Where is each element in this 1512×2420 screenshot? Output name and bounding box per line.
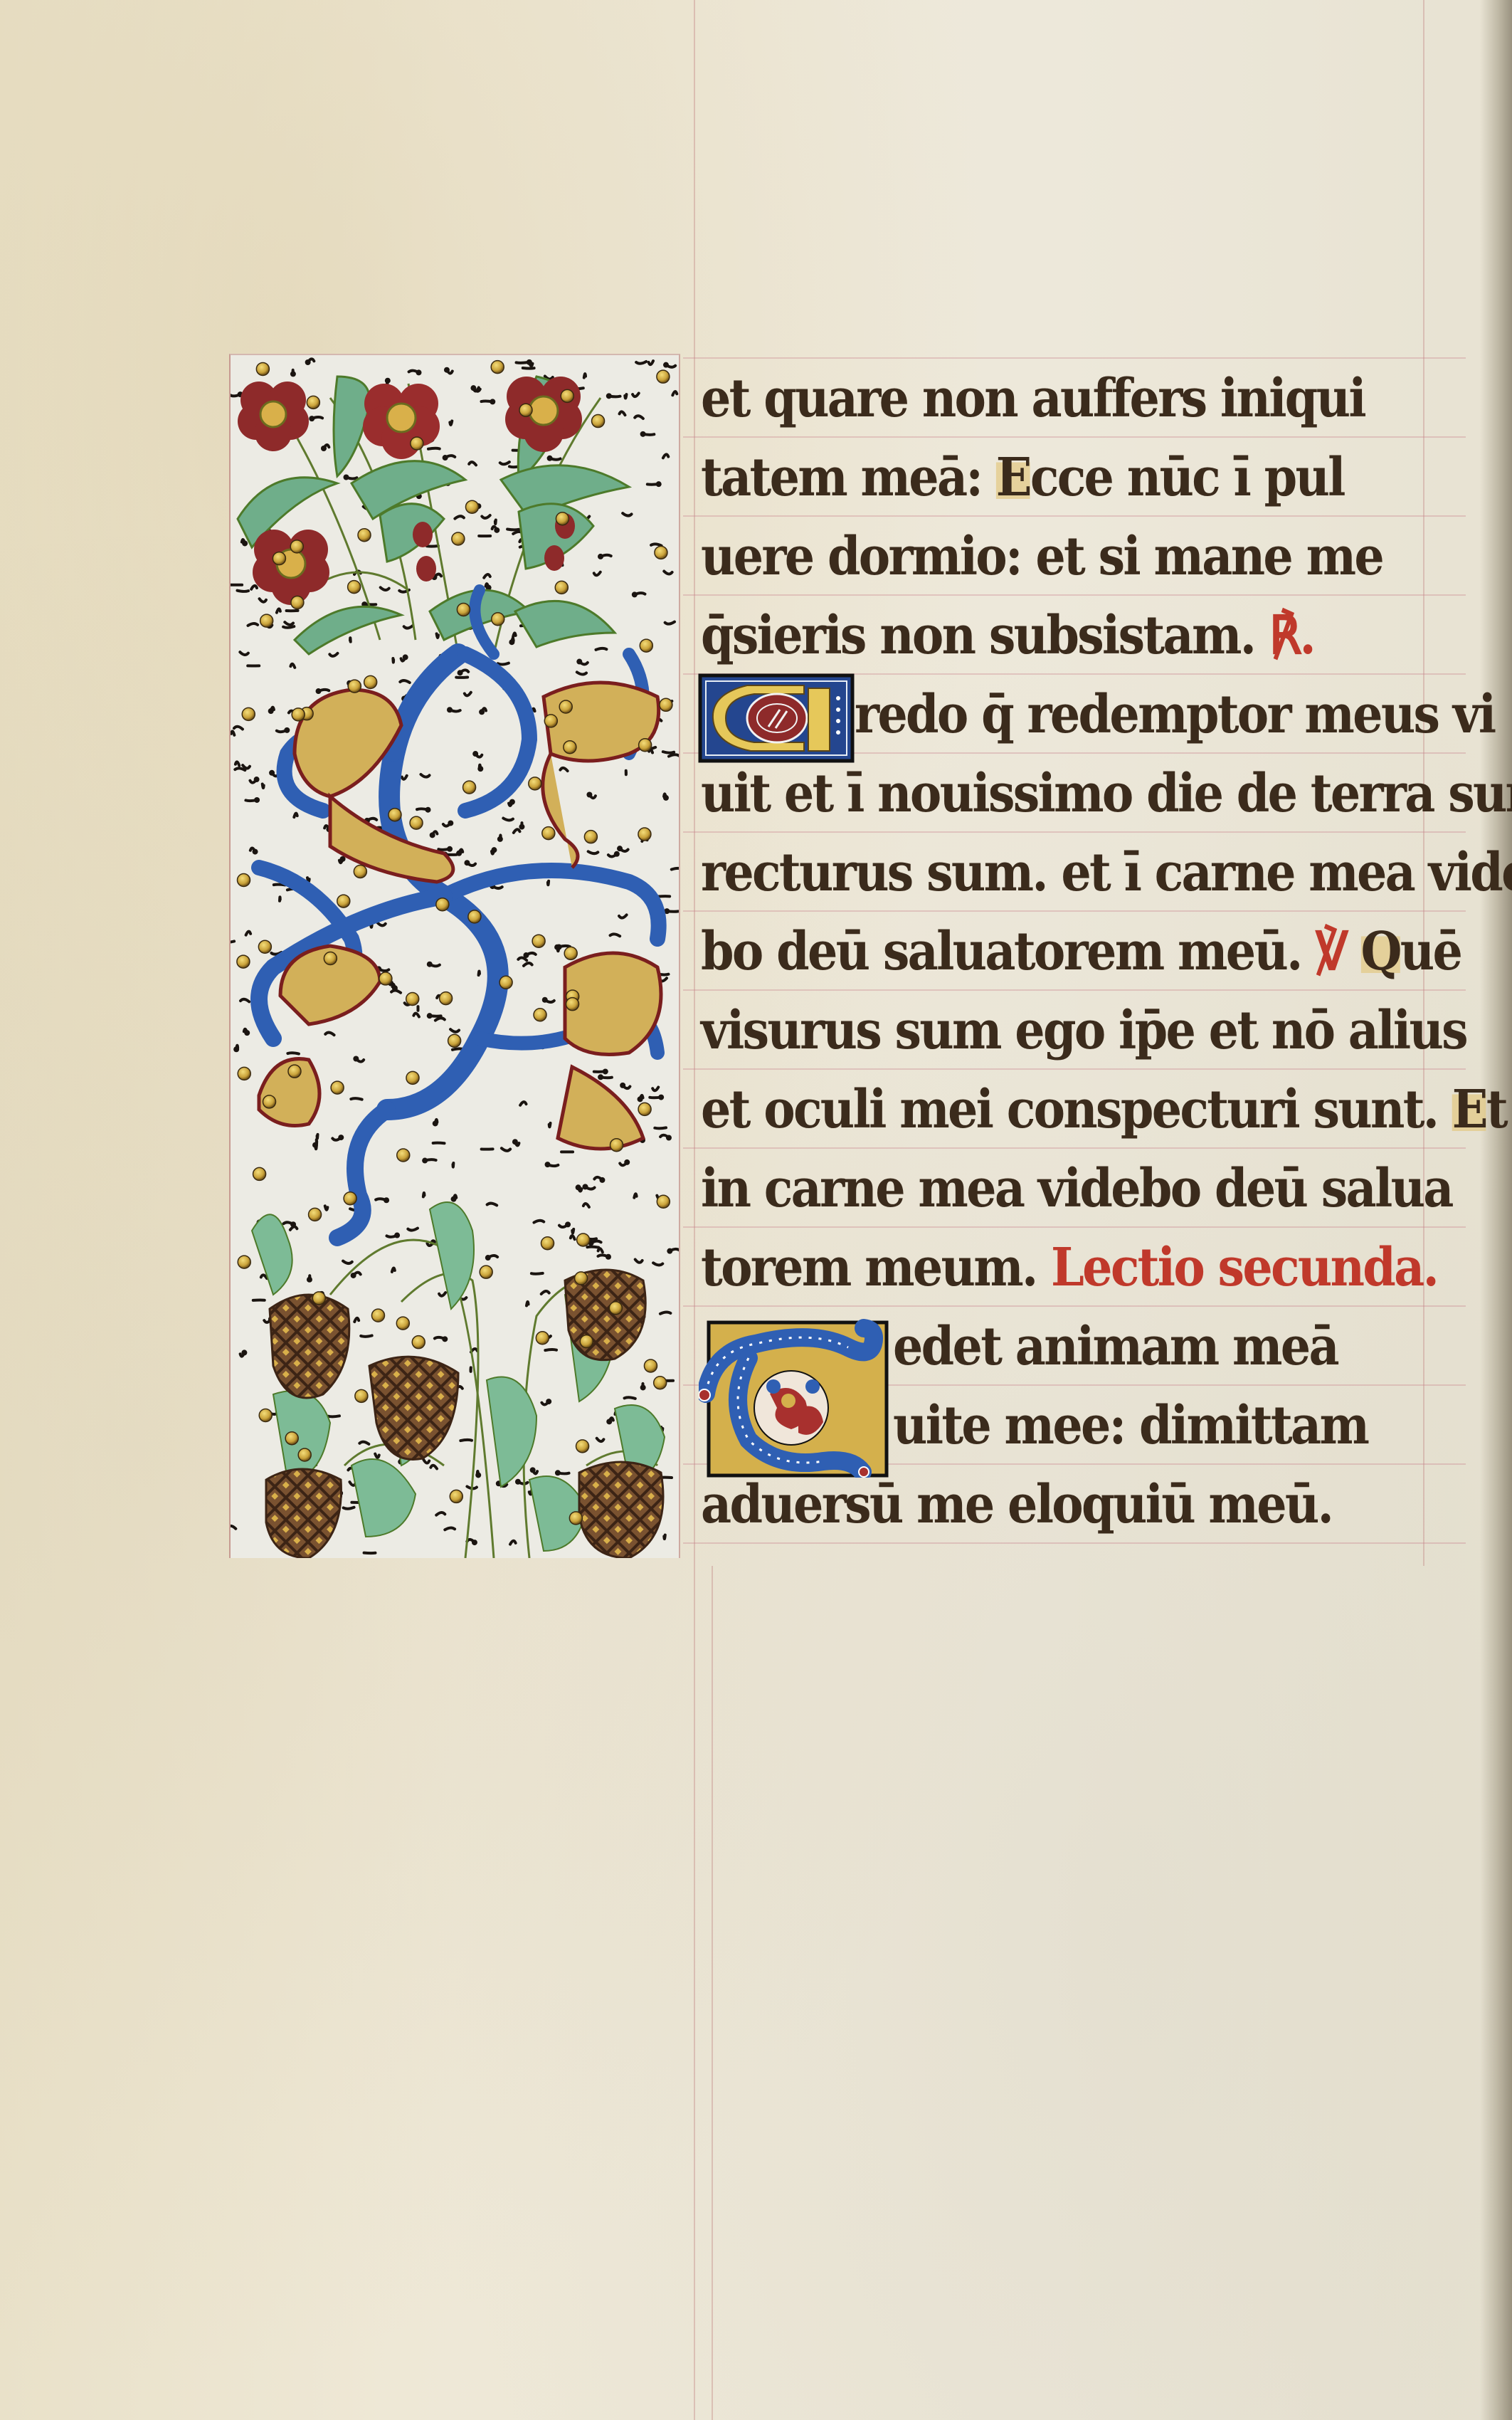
text-line-14: uite mee: dimittam bbox=[701, 1390, 1380, 1469]
text-segment: bo deū saluatorem meū. bbox=[701, 921, 1316, 982]
touched-capital: E bbox=[996, 447, 1030, 508]
text-segment: t bbox=[1486, 1079, 1506, 1140]
text-segment: torem meum. bbox=[701, 1237, 1051, 1298]
text-line-8: bo deū saluatorem meū. ℣ Quē bbox=[701, 916, 1380, 995]
text-segment: recturus sum. et ī carne mea vide bbox=[701, 842, 1512, 903]
text-line-12: torem meum. Lectio secunda. bbox=[701, 1232, 1380, 1311]
text-line-6: uit et ī nouissimo die de terra sur bbox=[701, 758, 1380, 837]
text-segment: uere dormio: et si mane me bbox=[701, 526, 1383, 587]
text-block: et quare non auffers iniqui tatem meā: E… bbox=[701, 363, 1455, 1548]
text-line-15: aduersū me eloquiū meū. bbox=[701, 1469, 1380, 1548]
text-segment bbox=[1346, 921, 1360, 982]
text-line-10: et oculi mei conspecturi sunt. Et bbox=[701, 1074, 1380, 1153]
responsory-mark: ℟. bbox=[1269, 605, 1314, 666]
text-segment: et oculi mei conspecturi sunt. bbox=[701, 1079, 1452, 1140]
text-segment: edet animam meā bbox=[893, 1316, 1338, 1377]
border-foliage-illustration bbox=[231, 355, 679, 1558]
ruling-line-horizontal bbox=[683, 357, 1466, 359]
text-segment: q̄sieris non subsistam. bbox=[701, 605, 1269, 666]
text-line-5: redo q̄ redemptor meus vi bbox=[701, 679, 1380, 758]
text-segment: redo q̄ redemptor meus vi bbox=[855, 684, 1494, 745]
text-segment: tatem meā: bbox=[701, 447, 996, 508]
text-line-2: tatem meā: Ecce nūc ī pul bbox=[701, 442, 1380, 521]
text-segment: visurus sum ego ip̄e et nō alius bbox=[701, 1000, 1466, 1061]
text-segment: aduersū me eloquiū meū. bbox=[701, 1474, 1332, 1535]
text-segment: in carne mea videbo deū salua bbox=[701, 1158, 1452, 1219]
decorative-border bbox=[229, 354, 680, 1558]
touched-capital: Q bbox=[1360, 921, 1400, 982]
text-line-3: uere dormio: et si mane me bbox=[701, 521, 1380, 600]
touched-capital: E bbox=[1452, 1079, 1486, 1140]
text-segment: et quare non auffers iniqui bbox=[701, 368, 1365, 429]
ruling-line-vertical bbox=[712, 1566, 713, 2420]
text-segment: cce nūc ī pul bbox=[1030, 447, 1344, 508]
versicle-mark: ℣ bbox=[1316, 921, 1346, 982]
parchment-page: et quare non auffers iniqui tatem meā: E… bbox=[0, 0, 1512, 2420]
binding-shadow bbox=[1480, 0, 1512, 2420]
text-line-9: visurus sum ego ip̄e et nō alius bbox=[701, 995, 1380, 1074]
text-line-1: et quare non auffers iniqui bbox=[701, 363, 1380, 442]
text-segment: uite mee: dimittam bbox=[893, 1395, 1368, 1456]
text-line-4: q̄sieris non subsistam. ℟. bbox=[701, 600, 1380, 679]
text-line-7: recturus sum. et ī carne mea vide bbox=[701, 837, 1380, 916]
text-segment: uē bbox=[1400, 921, 1461, 982]
flower-section bbox=[238, 377, 629, 654]
text-segment: uit et ī nouissimo die de terra sur bbox=[701, 763, 1512, 824]
rubric-heading: Lectio secunda. bbox=[1051, 1237, 1437, 1298]
acanthus-scroll-section bbox=[259, 590, 661, 1238]
text-line-13: edet animam meā bbox=[701, 1311, 1380, 1390]
text-line-11: in carne mea videbo deū salua bbox=[701, 1153, 1380, 1232]
ruling-line-vertical bbox=[694, 0, 695, 2420]
